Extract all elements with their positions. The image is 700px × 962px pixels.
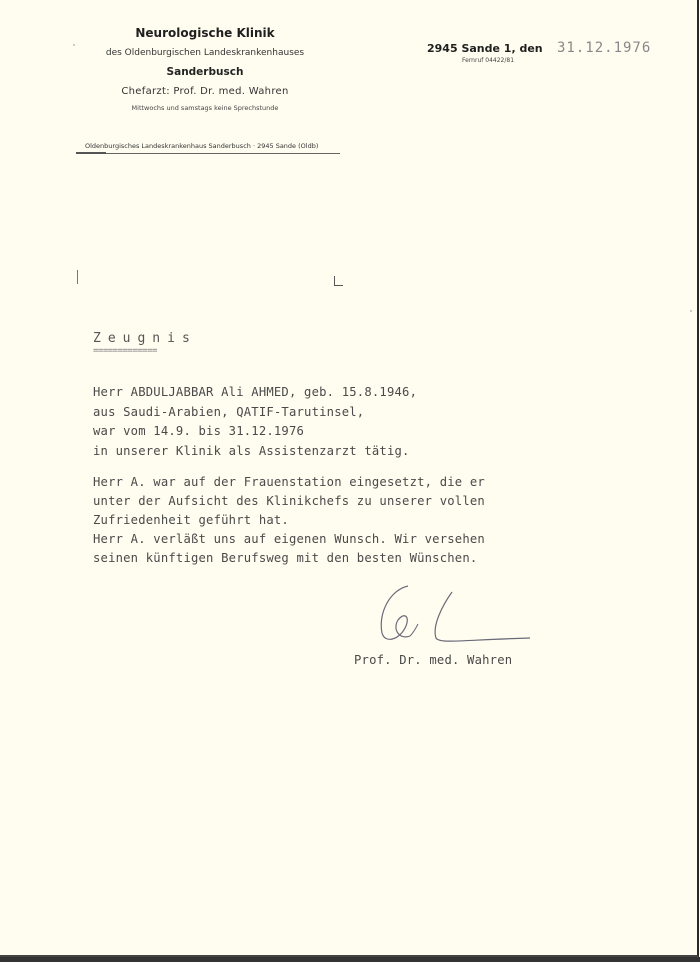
- signature-icon: [370, 578, 540, 648]
- paper-speck: [73, 44, 75, 46]
- place-line: 2945 Sande 1, den: [427, 42, 543, 55]
- paper-speck: [690, 310, 692, 312]
- letter-page: Neurologische Klinik des Oldenburgischen…: [0, 0, 699, 957]
- address-window-corner-mark: [334, 276, 343, 286]
- document-heading: Zeugnis: [93, 331, 197, 346]
- body-paragraph-1: Herr ABDULJABBAR Ali AHMED, geb. 15.8.19…: [93, 383, 417, 461]
- signer-name: Prof. Dr. med. Wahren: [354, 653, 512, 667]
- phone-number: Fernruf 04422/81: [462, 57, 514, 64]
- letterhead-subtitle: des Oldenburgischen Landeskrankenhauses: [55, 48, 355, 58]
- letterhead-note: Mittwochs und samstags keine Sprechstund…: [55, 104, 355, 112]
- return-address-underline: [76, 152, 106, 154]
- fold-mark: [77, 270, 78, 284]
- heading-underline: =============: [93, 346, 157, 356]
- letterhead-title: Neurologische Klinik: [55, 26, 355, 40]
- letterhead-place: Sanderbusch: [55, 66, 355, 78]
- letterhead-chief: Chefarzt: Prof. Dr. med. Wahren: [55, 86, 355, 97]
- body-paragraph-2: Herr A. war auf der Frauenstation einges…: [93, 473, 485, 568]
- scan-bottom-edge: [0, 957, 700, 962]
- return-address: Oldenburgisches Landeskrankenhaus Sander…: [85, 142, 340, 154]
- letter-date: 31.12.1976: [557, 40, 651, 56]
